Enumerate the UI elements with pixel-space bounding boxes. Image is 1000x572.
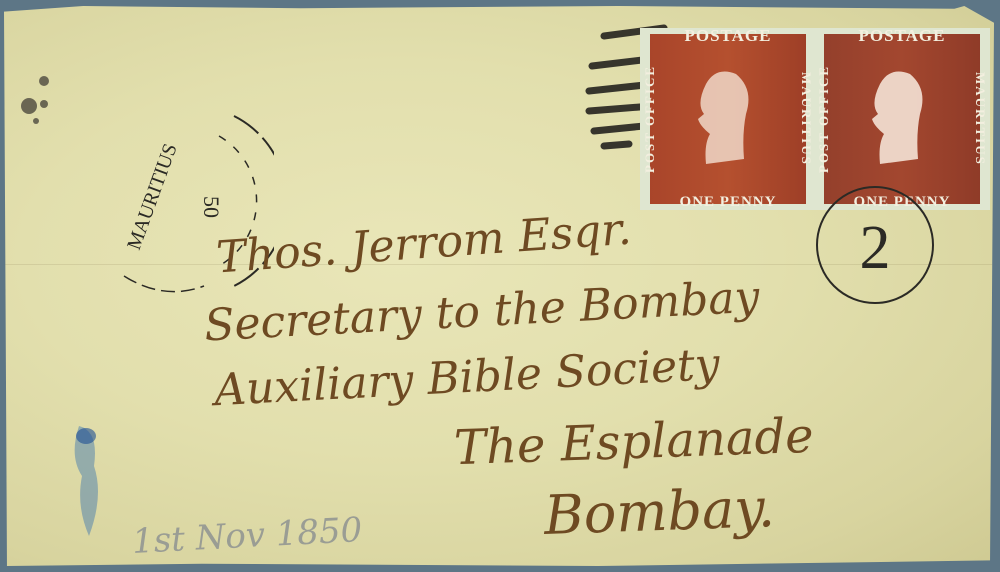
envelope: MAURITIUS 50 POSTAGE POST OFFICE MAURITI…: [4, 6, 994, 566]
stamp-right-label: MAURITIUS: [796, 50, 814, 188]
stamp-right-label: MAURITIUS: [970, 50, 988, 188]
stamp-top-label: POSTAGE: [814, 26, 990, 46]
queen-victoria-portrait: [860, 64, 930, 174]
stamp-value-label: ONE PENNY: [640, 194, 816, 211]
svg-text:50: 50: [199, 196, 224, 218]
stamp-top-label: POSTAGE: [640, 26, 816, 46]
svg-text:2: 2: [860, 214, 891, 282]
stamp-left-label: POST OFFICE: [642, 50, 660, 188]
crown-mark: [14, 66, 74, 136]
circled-rate-mark: 2: [810, 180, 940, 310]
address-line-1: Thos. Jerrom Esqr.: [215, 204, 633, 284]
address-line-4: The Esplanade: [453, 408, 814, 477]
queen-victoria-portrait: [686, 64, 756, 174]
stamp-one-penny-left: POSTAGE POST OFFICE MAURITIUS ONE PENNY: [640, 28, 816, 210]
pencil-date-note: 1st Nov 1850: [131, 510, 363, 562]
address-line-3: Auxiliary Bible Society: [213, 339, 721, 416]
blue-crayon-mark: [64, 406, 124, 546]
address-line-2: Secretary to the Bombay: [203, 271, 761, 351]
stamp-left-label: POST OFFICE: [816, 50, 834, 188]
address-line-5: Bombay.: [543, 476, 776, 547]
svg-text:MAURITIUS: MAURITIUS: [123, 141, 182, 253]
